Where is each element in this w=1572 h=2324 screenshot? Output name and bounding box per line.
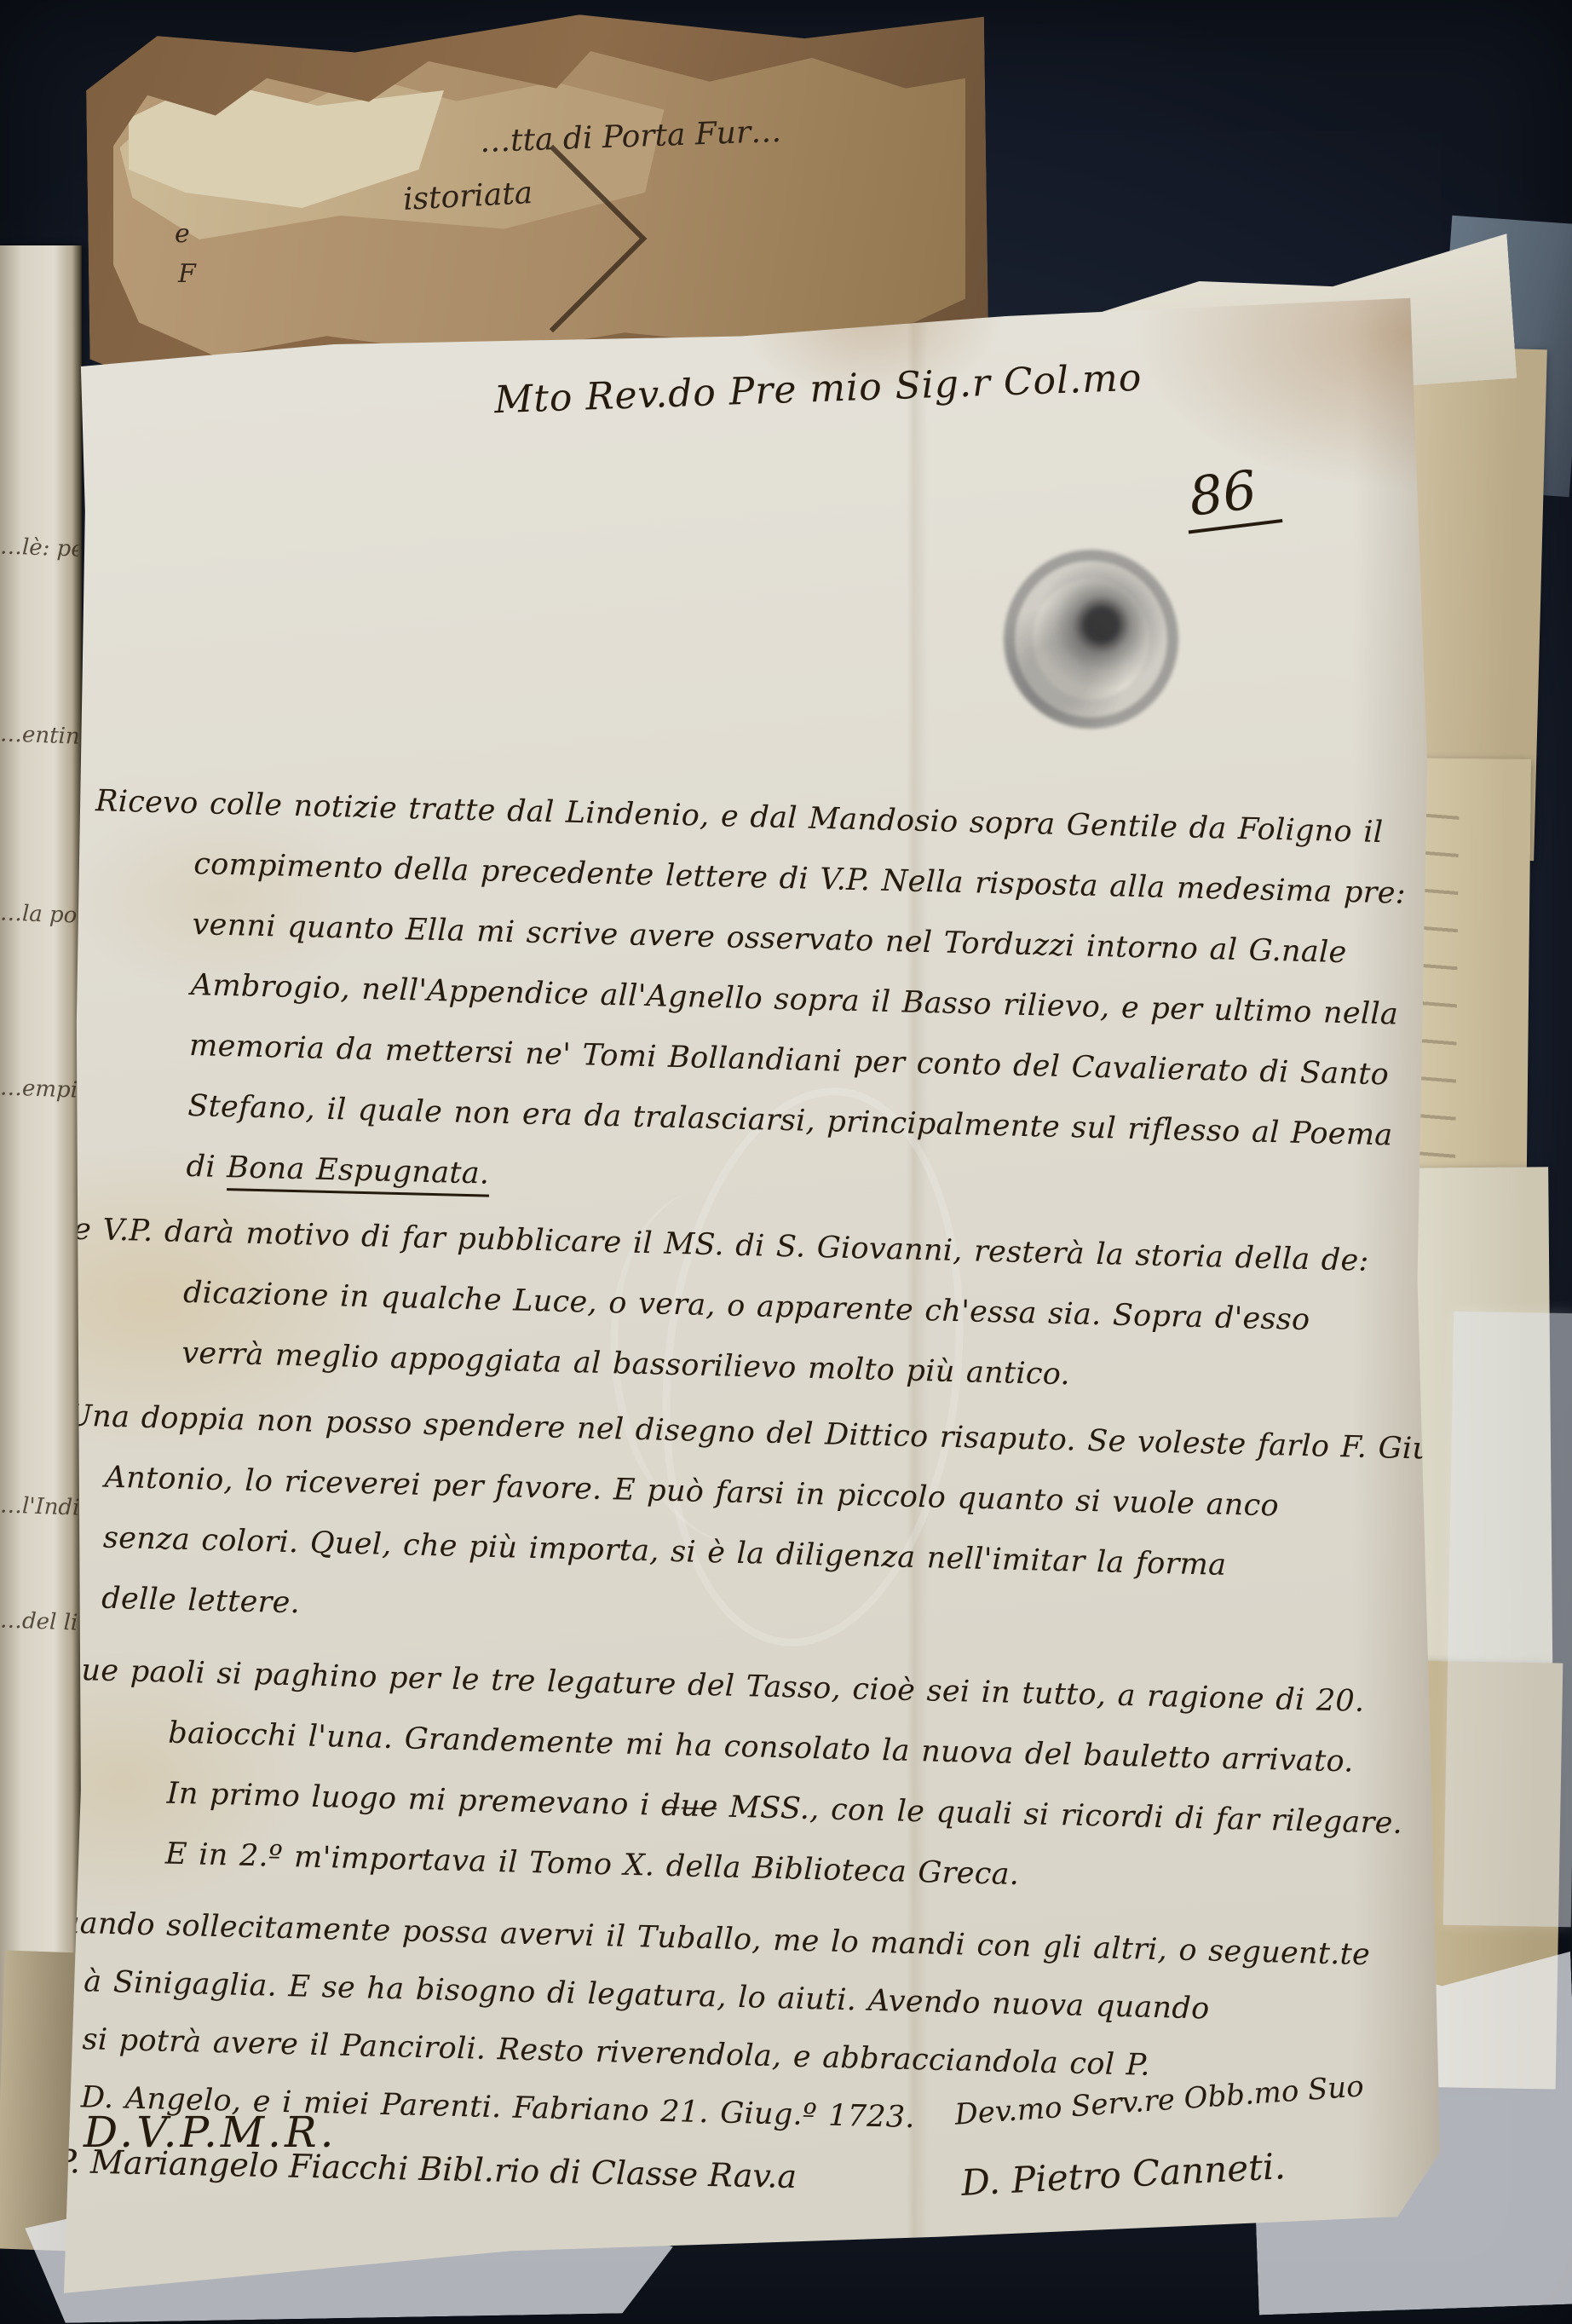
- paragraph: Ricevo colle notizie tratte dal Lindenio…: [79, 771, 1419, 1227]
- cutoff-text-fragment: …lè: per 23. p…: [0, 533, 78, 562]
- salutation: Mto Rev.do Pre mio Sig.r Col.mo: [493, 356, 1143, 423]
- cutoff-text-fragment: …la poi a 60.: [0, 900, 78, 928]
- addressee-line: P. Mariangelo Fiacchi Bibl.rio di Classe…: [55, 2142, 798, 2195]
- line-prefix: di: [186, 1150, 227, 1185]
- tissue-paper: [1443, 1312, 1572, 1928]
- page-number: 86: [1181, 456, 1283, 534]
- envelope-inscription: istoriata: [402, 176, 533, 217]
- cutoff-text-fragment: …empi fa leg…: [0, 1075, 78, 1103]
- cutoff-text-fragment: …del lib…: [0, 1607, 78, 1635]
- paragraph: Due paoli si paghino per le tre legature…: [62, 1641, 1396, 1915]
- underlined-title: Bona Espugnata.: [227, 1150, 490, 1197]
- letter-page: Mto Rev.do Pre mio Sig.r Col.mo 86 Ricev…: [51, 294, 1465, 2305]
- library-stamp: [1004, 550, 1178, 729]
- signature: D. Pietro Canneti.: [960, 2145, 1287, 2204]
- paragraph: Se V.P. darà motivo di far pubblicare il…: [75, 1200, 1408, 1414]
- envelope-partial-letter: e: [175, 219, 190, 249]
- cutoff-text-fragment: …l'Indici 12…: [0, 1492, 78, 1520]
- letter-body: Ricevo colle notizie tratte dal Lindenio…: [56, 771, 1418, 2159]
- facing-page-edge: …lè: per 23. p… …entino del C… …la poi a…: [0, 245, 82, 2231]
- envelope-partial-letter: F: [178, 259, 196, 289]
- manuscript-photo: …lè: per 23. p… …entino del C… …la poi a…: [0, 0, 1572, 2324]
- cutoff-text-fragment: …entino del C…: [0, 721, 78, 749]
- paragraph: Una doppia non posso spendere nel disegn…: [68, 1387, 1402, 1661]
